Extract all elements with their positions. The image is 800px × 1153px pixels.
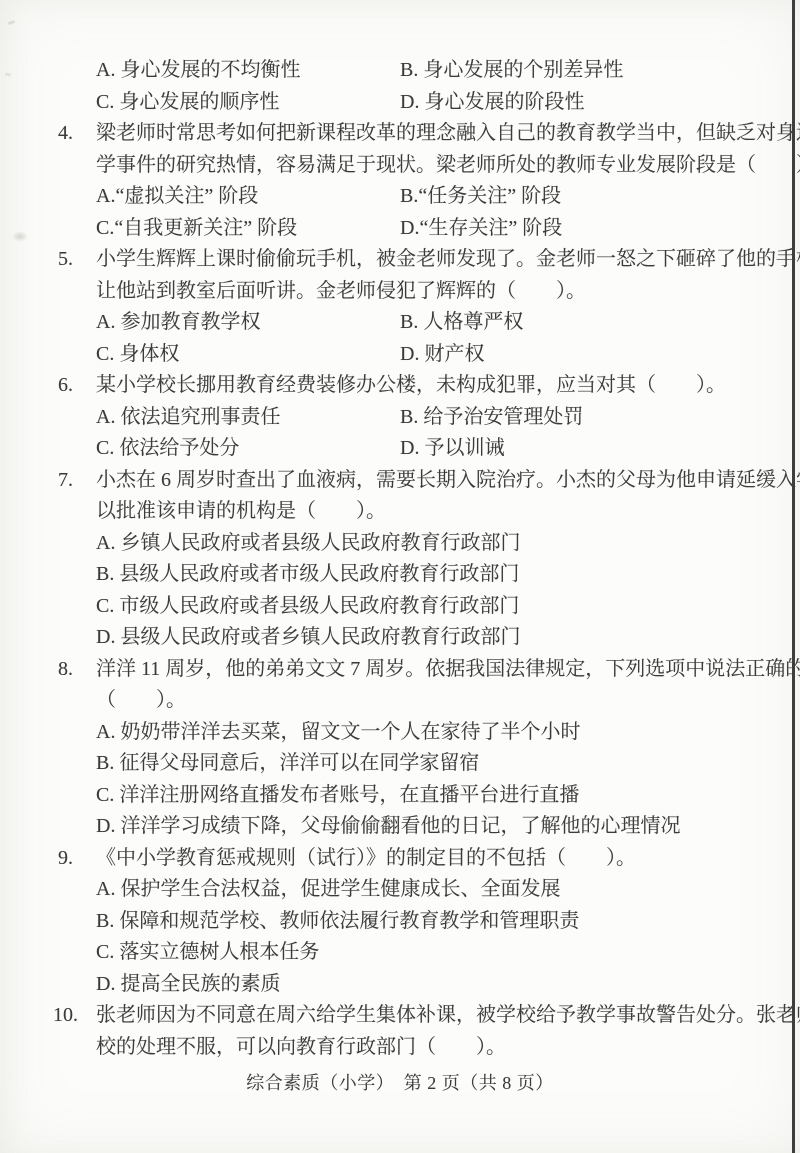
option-b: B. 保障和规范学校、教师依法履行教育教学和管理职责 — [96, 906, 800, 938]
question-number: 10. — [53, 1000, 78, 1032]
option-a: A. 参加教育教学权 — [96, 307, 395, 339]
option-a: A. 乡镇人民政府或者县级人民政府教育行政部门 — [96, 528, 800, 560]
question-text-line: 让他站到教室后面听讲。金老师侵犯了辉辉的（ ）。 — [96, 276, 800, 308]
option-d: D. 县级人民政府或者乡镇人民政府教育行政部门 — [96, 622, 800, 654]
question-text-line: 学事件的研究热情，容易满足于现状。梁老师所处的教师专业发展阶段是（ ）。 — [96, 150, 800, 182]
question-number: 6. — [58, 370, 73, 402]
option-b: B. 人格尊严权 — [400, 307, 523, 339]
question-text-line: 某小学校长挪用教育经费装修办公楼，未构成犯罪，应当对其（ ）。 — [96, 370, 800, 402]
question-4: 4. 梁老师时常思考如何把新课程改革的理念融入自己的教育教学当中，但缺乏对身边的… — [0, 118, 800, 244]
question-text-line: （ ）。 — [96, 685, 800, 717]
options-row: C. 身体权 D. 财产权 — [96, 339, 800, 371]
options-row: A. 参加教育教学权 B. 人格尊严权 — [96, 307, 800, 339]
question-number: 4. — [58, 118, 73, 150]
question-text-line: 洋洋 11 周岁，他的弟弟文文 7 周岁。依据我国法律规定，下列选项中说法正确的… — [96, 654, 800, 686]
option-d: D. 洋洋学习成绩下降，父母偷偷翻看他的日记，了解他的心理情况 — [96, 811, 800, 843]
question-number: 9. — [58, 843, 73, 875]
option-c: C. 身心发展的顺序性 — [96, 87, 395, 119]
option-c: C. 市级人民政府或者县级人民政府教育行政部门 — [96, 591, 800, 623]
option-a: A. 身心发展的不均衡性 — [96, 55, 395, 87]
option-d: D. 予以训诫 — [400, 433, 504, 465]
question-text-line: 校的处理不服，可以向教育行政部门（ ）。 — [96, 1032, 800, 1064]
page-footer: 综合素质（小学） 第 2 页（共 8 页） — [0, 1071, 800, 1095]
option-b: B. 县级人民政府或者市级人民政府教育行政部门 — [96, 559, 800, 591]
question-text-line: 小杰在 6 周岁时查出了血液病，需要长期入院治疗。小杰的父母为他申请延缓入学，可 — [96, 465, 800, 497]
options-row: C.“自我更新关注” 阶段 D.“生存关注” 阶段 — [96, 213, 800, 245]
option-c: C. 依法给予处分 — [96, 433, 395, 465]
question-3-options: A. 身心发展的不均衡性 B. 身心发展的个别差异性 C. 身心发展的顺序性 D… — [0, 55, 800, 118]
option-c: C. 落实立德树人根本任务 — [96, 937, 800, 969]
option-d: D.“生存关注” 阶段 — [400, 213, 562, 245]
options-row: A. 依法追究刑事责任 B. 给予治安管理处罚 — [96, 402, 800, 434]
question-6: 6. 某小学校长挪用教育经费装修办公楼，未构成犯罪，应当对其（ ）。 A. 依法… — [0, 370, 800, 465]
options-row: A.“虚拟关注” 阶段 B.“任务关注” 阶段 — [96, 181, 800, 213]
option-b: B. 给予治安管理处罚 — [400, 402, 583, 434]
option-c: C. 洋洋注册网络直播发布者账号，在直播平台进行直播 — [96, 780, 800, 812]
scan-edge-artifact — [792, 0, 795, 1153]
question-number: 8. — [58, 654, 73, 686]
question-text-line: 张老师因为不同意在周六给学生集体补课，被学校给予教学事故警告处分。张老师对学 — [96, 1000, 800, 1032]
options-row: C. 依法给予处分 D. 予以训诫 — [96, 433, 800, 465]
exam-scan-page: A. 身心发展的不均衡性 B. 身心发展的个别差异性 C. 身心发展的顺序性 D… — [0, 0, 800, 1153]
question-text-line: 以批准该申请的机构是（ ）。 — [96, 496, 800, 528]
option-a: A. 奶奶带洋洋去买菜，留文文一个人在家待了半个小时 — [96, 717, 800, 749]
option-a: A.“虚拟关注” 阶段 — [96, 181, 395, 213]
question-7: 7. 小杰在 6 周岁时查出了血液病，需要长期入院治疗。小杰的父母为他申请延缓入… — [0, 465, 800, 654]
option-d: D. 财产权 — [400, 339, 484, 371]
option-a: A. 保护学生合法权益，促进学生健康成长、全面发展 — [96, 874, 800, 906]
options-row: A. 身心发展的不均衡性 B. 身心发展的个别差异性 — [96, 55, 800, 87]
question-9: 9. 《中小学教育惩戒规则（试行）》的制定目的不包括（ ）。 A. 保护学生合法… — [0, 843, 800, 1001]
option-b: B. 征得父母同意后，洋洋可以在同学家留宿 — [96, 748, 800, 780]
question-8: 8. 洋洋 11 周岁，他的弟弟文文 7 周岁。依据我国法律规定，下列选项中说法… — [0, 654, 800, 843]
question-number: 7. — [58, 465, 73, 497]
question-5: 5. 小学生辉辉上课时偷偷玩手机，被金老师发现了。金老师一怒之下砸碎了他的手机，… — [0, 244, 800, 370]
question-10: 10. 张老师因为不同意在周六给学生集体补课，被学校给予教学事故警告处分。张老师… — [0, 1000, 800, 1063]
question-text-line: 《中小学教育惩戒规则（试行）》的制定目的不包括（ ）。 — [96, 843, 800, 875]
question-text-line: 梁老师时常思考如何把新课程改革的理念融入自己的教育教学当中，但缺乏对身边的教 — [96, 118, 800, 150]
option-c: C.“自我更新关注” 阶段 — [96, 213, 395, 245]
option-d: D. 身心发展的阶段性 — [400, 87, 584, 119]
option-a: A. 依法追究刑事责任 — [96, 402, 395, 434]
question-number: 5. — [58, 244, 73, 276]
scan-speck — [8, 20, 16, 25]
option-b: B. 身心发展的个别差异性 — [400, 55, 623, 87]
option-b: B.“任务关注” 阶段 — [400, 181, 561, 213]
question-text-line: 小学生辉辉上课时偷偷玩手机，被金老师发现了。金老师一怒之下砸碎了他的手机，并 — [96, 244, 800, 276]
options-row: C. 身心发展的顺序性 D. 身心发展的阶段性 — [96, 87, 800, 119]
option-d: D. 提高全民族的素质 — [96, 969, 800, 1001]
option-c: C. 身体权 — [96, 339, 395, 371]
questions-list: A. 身心发展的不均衡性 B. 身心发展的个别差异性 C. 身心发展的顺序性 D… — [0, 55, 800, 1063]
